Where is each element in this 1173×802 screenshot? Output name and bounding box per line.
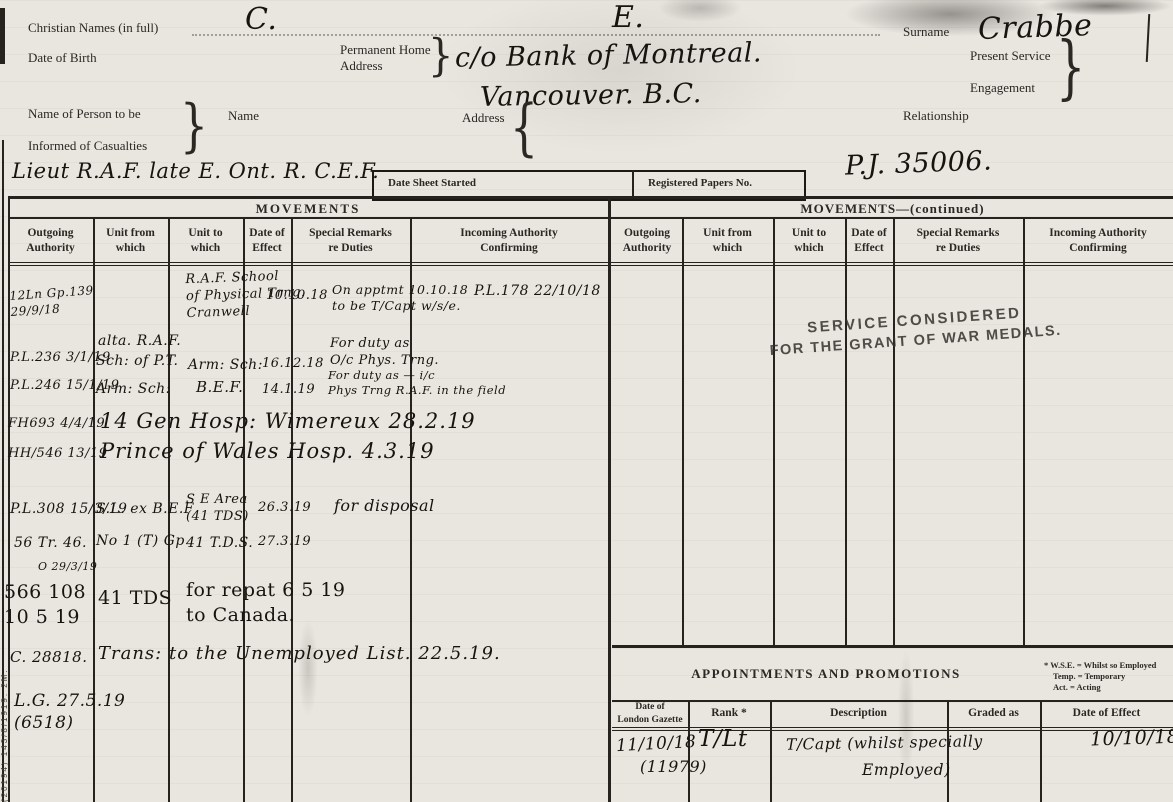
- movement-entry-unit-from: 41 TDS: [98, 586, 172, 611]
- movement-entry-date: 16.12.18: [262, 356, 324, 373]
- movement-entry-unit-to: S E Area (41 TDS): [186, 492, 249, 526]
- movement-entry-date: 14.1.19: [262, 382, 315, 399]
- movement-entry-unit-from: Arm: Sch:: [96, 380, 171, 398]
- col-header-special-remarks: Special Remarks re Duties: [291, 220, 410, 262]
- col-header-graded-as: Graded as: [947, 701, 1040, 726]
- tables-top-rule: [8, 196, 1173, 199]
- christian-name-value: C.: [245, 0, 277, 39]
- surname-label: Surname: [903, 24, 949, 40]
- brace-glyph: {: [510, 98, 538, 160]
- right-col-rule-1: [682, 218, 684, 645]
- war-medals-stamp: SERVICE CONSIDERED FOR THE GRANT OF WAR …: [734, 299, 1096, 361]
- movement-entry-note: 14 Gen Hosp: Wimereux 28.2.19: [100, 408, 476, 435]
- left-table-left-border: [8, 196, 10, 802]
- movement-entry-unit-from: S.L. ex B.E.F: [96, 500, 194, 518]
- box-divider-rule: [632, 170, 634, 199]
- christian-name-value-2: E.: [612, 0, 644, 37]
- movement-entry-outgoing: 566 108 10 5 19: [4, 580, 86, 629]
- col-header-london-gazette: Date of London Gazette: [612, 701, 688, 726]
- right-col-rule-4: [893, 218, 895, 645]
- right-table-bottom-rule: [612, 645, 1173, 648]
- col-header-description: Description: [770, 701, 947, 726]
- movement-entry-date: 27.3.19: [258, 534, 311, 551]
- col-header-incoming-authority: Incoming Authority Confirming: [410, 220, 608, 262]
- brace-glyph: }: [428, 34, 453, 78]
- col-header-outgoing-authority: Outgoing Authority: [612, 220, 682, 262]
- footnote-wse: * W.S.E. = Whilst so Employed: [1044, 660, 1156, 671]
- date-of-birth-label: Date of Birth: [28, 50, 97, 66]
- col-header-date-of-effect: Date of Effect: [845, 220, 893, 262]
- informed-of-casualties-label-line2: Informed of Casualties: [28, 138, 147, 154]
- center-divider-rule: [608, 196, 611, 802]
- title-row-underline: [8, 217, 1173, 219]
- movement-entry-date: 26.3.19: [258, 500, 311, 517]
- present-service-label: Present Service: [970, 48, 1051, 64]
- movement-entry-date: 10.10.18: [266, 288, 328, 305]
- christian-names-label: Christian Names (in full): [28, 20, 158, 36]
- relationship-label: Relationship: [903, 108, 969, 124]
- name-label: Name: [228, 108, 259, 124]
- movement-entry-unit-to: Arm: Sch:: [188, 356, 263, 374]
- col-header-incoming-authority: Incoming Authority Confirming: [1023, 220, 1173, 262]
- brace-glyph: }: [1056, 32, 1085, 101]
- header-underline-1: [8, 262, 1173, 263]
- movement-entry-unit-from-pre: alta. R.A.F.: [98, 332, 181, 350]
- col-header-unit-to: Unit to which: [773, 220, 845, 262]
- movement-entry-outgoing: FH693 4/4/19: [8, 416, 105, 433]
- appointment-rank: T/Lt: [698, 725, 748, 755]
- movement-entry-note: Trans: to the Unemployed List. 22.5.19.: [98, 642, 501, 665]
- appointment-description-line1: T/Capt (whilst specially: [786, 731, 983, 755]
- movement-entry-outgoing: HH/546 13/19: [8, 446, 107, 463]
- movements-continued-title: MOVEMENTS—(continued): [612, 201, 1173, 217]
- movement-entry-remarks: for repat 6 5 19 to Canada.: [186, 578, 346, 627]
- informed-of-casualties-label-line1: Name of Person to be: [28, 106, 141, 122]
- movement-entry-remarks: For duty as O/c Phys. Trng.: [330, 336, 439, 370]
- movement-entry-remarks: On apptmt 10.10.18 to be T/Capt w/s/e.: [332, 282, 468, 315]
- appointment-description-line2: Employed): [862, 760, 951, 780]
- movement-entry-note-small: O 29/3/19: [38, 560, 97, 574]
- col-header-unit-from: Unit from which: [93, 220, 168, 262]
- home-address-line1: c/o Bank of Montreal.: [455, 35, 763, 75]
- scanned-service-record-page: (20194) 143/8/1919. 2M. Christian Names …: [0, 0, 1173, 802]
- permanent-home-address-label: Permanent Home Address: [340, 42, 431, 75]
- movement-entry-incoming: P.L.178 22/10/18: [474, 282, 601, 300]
- movement-entry-unit-to: B.E.F.: [196, 378, 243, 398]
- movement-entry-remarks: For duty as — i/c Phys Trng R.A.F. in th…: [328, 368, 506, 398]
- header-underline-2: [8, 265, 1173, 266]
- right-col-rule-3: [845, 218, 847, 645]
- registered-papers-label: Registered Papers No.: [648, 177, 752, 191]
- dotted-leader: [192, 34, 880, 36]
- right-col-rule-5: [1023, 218, 1025, 645]
- appointment-gazette-date: 11/10/18: [615, 731, 696, 757]
- handwritten-stroke-mark: [1146, 14, 1151, 62]
- appointment-gazette-page: (11979): [640, 757, 707, 778]
- footnote-act: Act. = Acting: [1053, 682, 1101, 693]
- col-header-unit-from: Unit from which: [682, 220, 773, 262]
- appointment-date-of-effect: 10/10/18: [1090, 724, 1173, 752]
- address-label: Address: [462, 110, 505, 126]
- movement-entry-outgoing: 56 Tr. 46.: [14, 534, 87, 552]
- col-header-date-of-effect: Date of Effect: [1040, 701, 1173, 726]
- col-header-rank: Rank *: [688, 701, 770, 726]
- movement-entry-unit-from: Sch: of P.T.: [96, 352, 178, 370]
- movement-entry-unit-to: 41 T.D.S.: [186, 534, 253, 552]
- col-header-outgoing-authority: Outgoing Authority: [8, 220, 93, 262]
- registered-papers-value: P.J. 35006.: [844, 143, 992, 183]
- movement-entry-outgoing: L.G. 27.5.19 (6518): [14, 690, 125, 734]
- service-note-handwriting: Lieut R.A.F. late E. Ont. R. C.E.F.: [12, 158, 379, 185]
- movement-entry-remarks: for disposal: [334, 496, 435, 517]
- brace-glyph: }: [180, 98, 208, 155]
- appointments-title: APPOINTMENTS AND PROMOTIONS: [612, 666, 1040, 682]
- right-col-rule-2: [773, 218, 775, 645]
- scan-edge-mark: [0, 8, 5, 64]
- col-header-unit-to: Unit to which: [168, 220, 243, 262]
- movement-entry-unit-from: No 1 (T) Gp: [96, 532, 185, 550]
- date-sheet-started-label: Date Sheet Started: [388, 177, 476, 191]
- movement-entry-note: Prince of Wales Hosp. 4.3.19: [100, 438, 435, 465]
- footnote-temp: Temp. = Temporary: [1053, 671, 1125, 682]
- movement-entry-outgoing: C. 28818.: [10, 648, 87, 668]
- col-header-date-of-effect: Date of Effect: [243, 220, 291, 262]
- movement-entry-outgoing: 12Ln Gp.139 29/9/18: [9, 283, 97, 320]
- movements-title: MOVEMENTS: [8, 201, 608, 217]
- col-header-special-remarks: Special Remarks re Duties: [893, 220, 1023, 262]
- engagement-label: Engagement: [970, 80, 1035, 96]
